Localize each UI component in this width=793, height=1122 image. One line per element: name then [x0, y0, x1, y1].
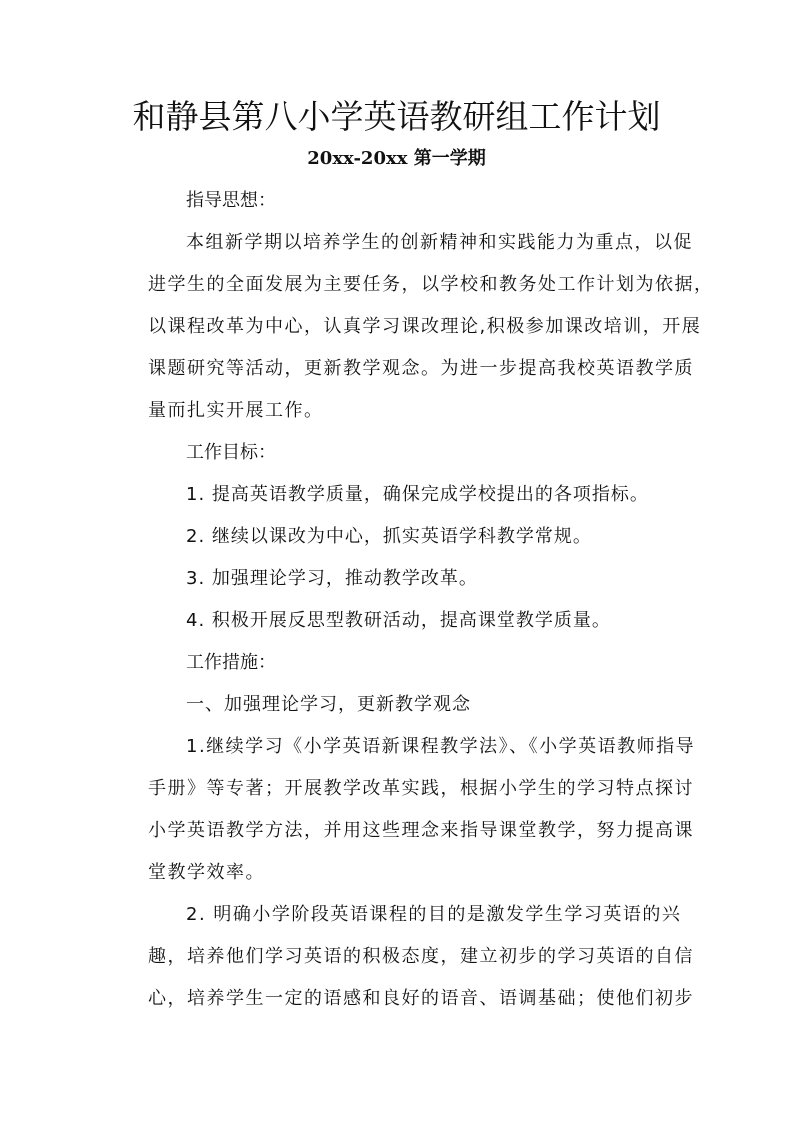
- document-subtitle: 20xx-20xx 第一学期: [0, 146, 793, 172]
- section-heading-measures: 工作措施：: [186, 650, 276, 676]
- paragraph-line: 2. 明确小学阶段英语课程的目的是激发学生学习英语的兴: [186, 902, 648, 928]
- paragraph-line: 小学英语教学方法，并用这些理念来指导课堂教学，努力提高课: [148, 818, 648, 844]
- paragraph-line: 1.继续学习《小学英语新课程教学法》、《小学英语教师指导: [186, 734, 648, 760]
- paragraph-line: 以课程改革为中心，认真学习课改理论,积极参加课改培训，开展: [148, 314, 648, 340]
- goal-item-3: 3. 加强理论学习，推动教学改革。: [186, 566, 478, 592]
- document-title: 和静县第八小学英语教研组工作计划: [0, 96, 793, 138]
- paragraph-line: 进学生的全面发展为主要任务，以学校和教务处工作计划为依据，: [148, 272, 648, 298]
- paragraph-line: 量而扎实开展工作。: [148, 398, 324, 424]
- paragraph-line: 心，培养学生一定的语感和良好的语音、语调基础；使他们初步: [148, 986, 648, 1012]
- paragraph-line: 堂教学效率。: [148, 860, 265, 886]
- section-heading-guiding: 指导思想：: [186, 188, 276, 214]
- paragraph-line: 课题研究等活动，更新教学观念。为进一步提高我校英语教学质: [148, 356, 648, 382]
- measures-subheading: 一、加强理论学习，更新教学观念: [186, 692, 471, 718]
- goal-item-4: 4. 积极开展反思型教研活动，提高课堂教学质量。: [186, 608, 611, 634]
- paragraph-line: 趣，培养他们学习英语的积极态度，建立初步的学习英语的自信: [148, 944, 648, 970]
- paragraph-line: 手册》等专著；开展教学改革实践，根据小学生的学习特点探讨: [148, 776, 648, 802]
- goal-item-1: 1. 提高英语教学质量，确保完成学校提出的各项指标。: [186, 482, 649, 508]
- paragraph-line: 本组新学期以培养学生的创新精神和实践能力为重点，以促: [186, 230, 648, 256]
- goal-item-2: 2. 继续以课改为中心，抓实英语学科教学常规。: [186, 524, 592, 550]
- section-heading-goals: 工作目标：: [186, 440, 276, 466]
- document-page: 和静县第八小学英语教研组工作计划 20xx-20xx 第一学期 指导思想： 本组…: [0, 0, 793, 1122]
